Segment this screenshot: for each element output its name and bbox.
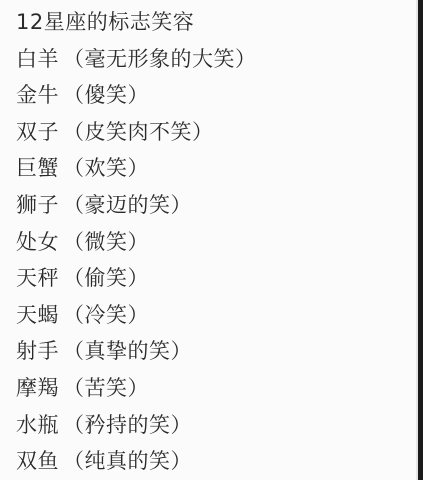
zodiac-sign: 天秤 [16,260,59,297]
smile-description: （矜持的笑） [63,407,192,444]
smile-description: （冷笑） [63,297,149,334]
list-item-aquarius: 水瓶（矜持的笑） [16,407,257,444]
smile-description: （欢笑） [63,150,149,187]
zodiac-sign: 双鱼 [16,443,59,480]
zodiac-sign: 双子 [16,114,59,151]
list-item-aries: 白羊（毫无形象的大笑） [16,41,257,78]
list-item-leo: 狮子（豪迈的笑） [16,187,257,224]
smile-description: （毫无形象的大笑） [63,41,257,78]
document-page: 12星座的标志笑容 白羊（毫无形象的大笑） 金牛（傻笑） 双子（皮笑肉不笑） 巨… [0,0,418,480]
list-item-capricorn: 摩羯（苦笑） [16,370,257,407]
list-item-sagittarius: 射手（真挚的笑） [16,333,257,370]
zodiac-sign: 射手 [16,333,59,370]
zodiac-sign: 狮子 [16,187,59,224]
zodiac-sign: 天蝎 [16,297,59,334]
smile-description: （豪迈的笑） [63,187,192,224]
zodiac-sign: 水瓶 [16,407,59,444]
list-item-pisces: 双鱼（纯真的笑） [16,443,257,480]
list-item-cancer: 巨蟹（欢笑） [16,150,257,187]
right-edge-border [418,0,423,480]
document-title: 12星座的标志笑容 [16,4,257,41]
smile-description: （真挚的笑） [63,333,192,370]
zodiac-sign: 处女 [16,224,59,261]
list-item-virgo: 处女（微笑） [16,224,257,261]
smile-description: （偷笑） [63,260,149,297]
zodiac-sign: 白羊 [16,41,59,78]
list-item-gemini: 双子（皮笑肉不笑） [16,114,257,151]
list-item-scorpio: 天蝎（冷笑） [16,297,257,334]
smile-description: （苦笑） [63,370,149,407]
zodiac-sign: 巨蟹 [16,150,59,187]
zodiac-sign: 摩羯 [16,370,59,407]
list-item-libra: 天秤（偷笑） [16,260,257,297]
smile-description: （纯真的笑） [63,443,192,480]
zodiac-smile-list: 12星座的标志笑容 白羊（毫无形象的大笑） 金牛（傻笑） 双子（皮笑肉不笑） 巨… [16,4,257,480]
smile-description: （皮笑肉不笑） [63,114,214,151]
smile-description: （傻笑） [63,77,149,114]
smile-description: （微笑） [63,224,149,261]
zodiac-sign: 金牛 [16,77,59,114]
list-item-taurus: 金牛（傻笑） [16,77,257,114]
